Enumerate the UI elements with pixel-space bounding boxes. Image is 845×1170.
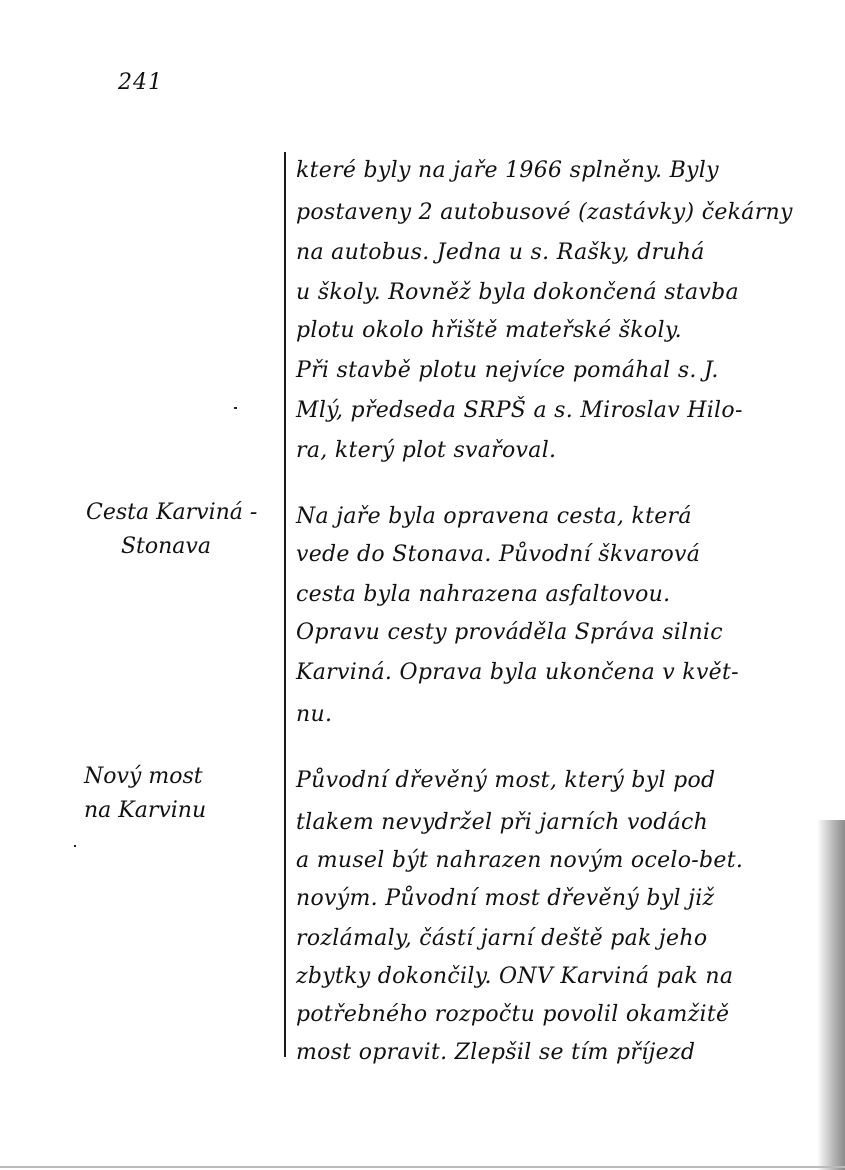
page-number: 241 — [118, 70, 163, 95]
scan-bottom-edge — [0, 1166, 845, 1168]
text-line: cesta byla nahrazena asfaltovou. — [296, 582, 670, 607]
text-line: Původní dřevěný most, který byl pod — [296, 768, 715, 793]
text-line: Mlý, předseda SRPŠ a s. Miroslav Hilo- — [296, 398, 743, 423]
text-line: Karviná. Oprava byla ukončena v květ- — [296, 660, 739, 685]
text-line: a musel být nahrazen novým ocelo-bet. — [296, 848, 743, 873]
text-line: zbytky dokončily. ONV Karviná pak na — [296, 964, 733, 989]
margin-note-most: Nový most na Karvinu — [84, 760, 206, 828]
ink-speck — [74, 845, 76, 847]
text-line: novým. Původní most dřevěný byl již — [296, 886, 714, 911]
text-line: most opravit. Zlepšil se tím příjezd — [296, 1040, 695, 1065]
text-line: potřebného rozpočtu povolil okamžitě — [296, 1002, 729, 1027]
text-line: Opravu cesty prováděla Správa silnic — [296, 620, 723, 645]
text-line: rozlámaly, částí jarní deště pak jeho — [296, 926, 707, 951]
text-line: nu. — [296, 702, 332, 727]
text-line: u školy. Rovněž byla dokončená stavba — [296, 280, 739, 305]
text-line: plotu okolo hřiště mateřské školy. — [296, 318, 682, 343]
text-line: které byly na jaře 1966 splněny. Byly — [296, 158, 719, 183]
scan-edge-shadow — [817, 820, 845, 1170]
margin-divider-line — [284, 152, 286, 1057]
text-line: Na jaře byla opravena cesta, která — [296, 504, 692, 529]
text-line: tlakem nevydržel při jarních vodách — [296, 810, 708, 835]
text-line: postaveny 2 autobusové (zastávky) čekárn… — [296, 200, 793, 225]
text-line: na autobus. Jedna u s. Rašky, druhá — [296, 240, 705, 265]
text-line: vede do Stonava. Původní škvarová — [296, 542, 700, 567]
text-line: Při stavbě plotu nejvíce pomáhal s. J. — [296, 358, 719, 383]
text-line: ra, který plot svařoval. — [296, 438, 556, 463]
ink-speck — [234, 407, 237, 409]
margin-note-cesta: Cesta Karviná - Stonava — [86, 496, 257, 564]
